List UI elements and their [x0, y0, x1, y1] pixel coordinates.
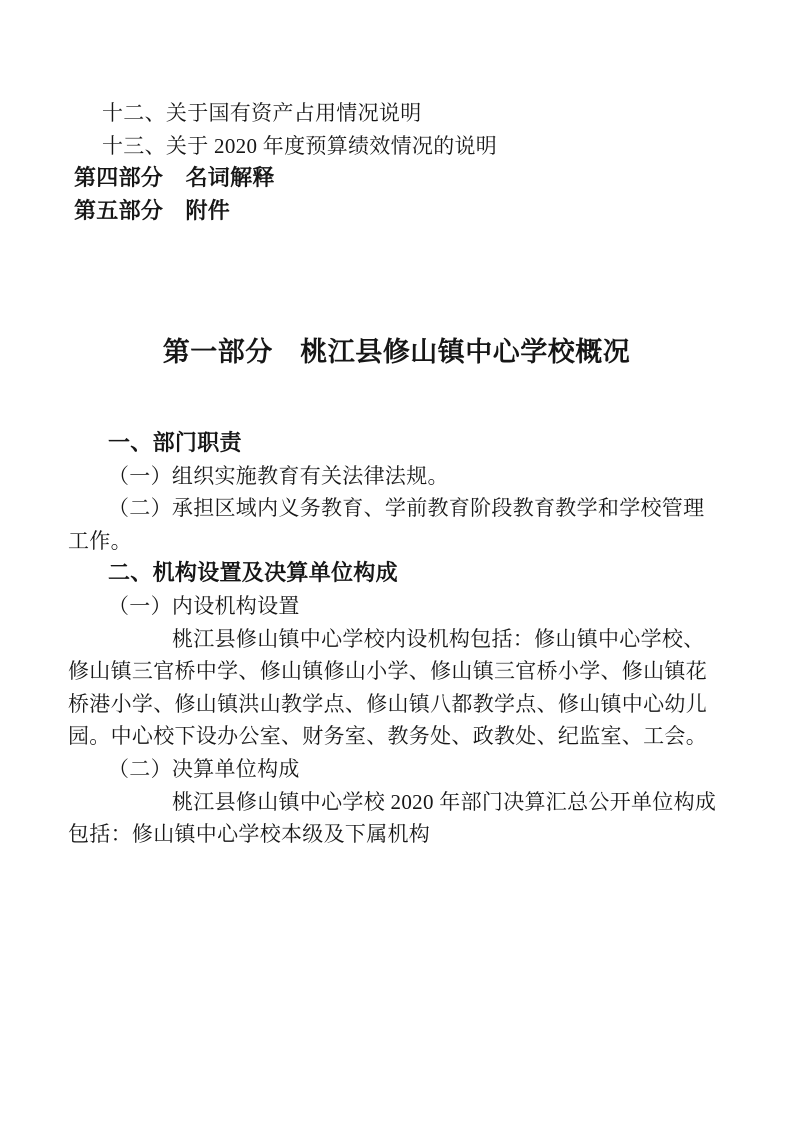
part-heading: 第四部分 名词解释 [68, 162, 727, 195]
body-line: 包括：修山镇中心学校本级及下属机构 [68, 818, 727, 851]
body-line: （二）决算单位构成 [68, 753, 727, 786]
section-title: 第一部分 桃江县修山镇中心学校概况 [0, 330, 793, 374]
body-line: 修山镇三官桥中学、修山镇修山小学、修山镇三官桥小学、修山镇花 [68, 655, 727, 688]
body-line: （二）承担区域内义务教育、学前教育阶段教育教学和学校管理 [68, 492, 727, 525]
body-section: 一、部门职责 （一）组织实施教育有关法律法规。 （二）承担区域内义务教育、学前教… [68, 427, 727, 851]
body-line: 园。中心校下设办公室、财务室、教务处、政教处、纪监室、工会。 [68, 720, 727, 753]
body-line: 工作。 [68, 525, 727, 558]
body-line: （一）内设机构设置 [68, 590, 727, 623]
subsection-heading: 一、部门职责 [68, 427, 727, 460]
body-line: （一）组织实施教育有关法律法规。 [68, 460, 727, 493]
subsection-heading: 二、机构设置及决算单位构成 [68, 557, 727, 590]
document-page: 十二、关于国有资产占用情况说明 十三、关于 2020 年度预算绩效情况的说明 第… [0, 0, 793, 1122]
body-line: 桃江县修山镇中心学校 2020 年部门决算汇总公开单位构成 [68, 786, 727, 819]
body-line: 桃江县修山镇中心学校内设机构包括：修山镇中心学校、 [68, 623, 727, 656]
body-line: 桥港小学、修山镇洪山教学点、修山镇八都教学点、修山镇中心幼儿 [68, 688, 727, 721]
toc-item: 十二、关于国有资产占用情况说明 [68, 97, 727, 130]
toc-item: 十三、关于 2020 年度预算绩效情况的说明 [68, 130, 727, 163]
toc-section: 十二、关于国有资产占用情况说明 十三、关于 2020 年度预算绩效情况的说明 第… [68, 97, 727, 227]
part-heading: 第五部分 附件 [68, 195, 727, 228]
